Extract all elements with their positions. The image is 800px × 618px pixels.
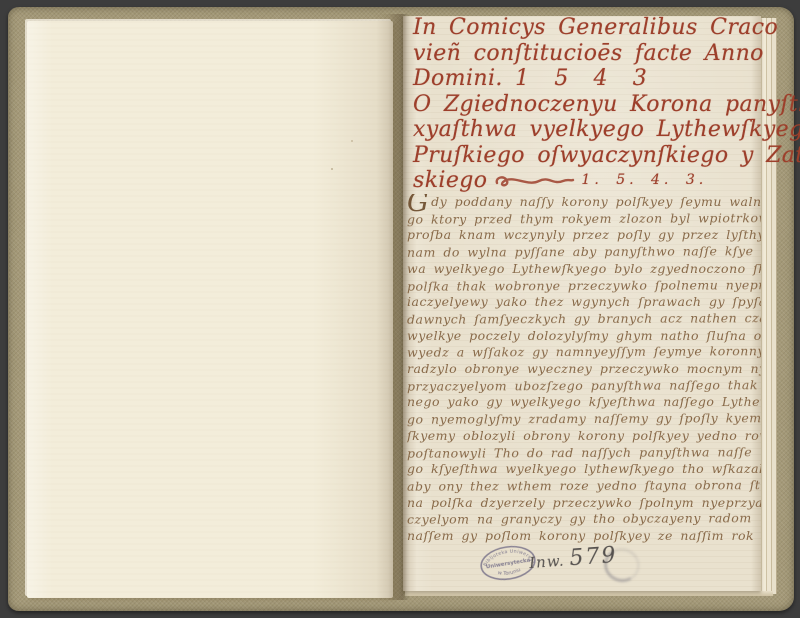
heading-last-word: skiego (413, 168, 487, 194)
body-line: przyaczyelyom ubozſzego panyſthwa naſſeg… (407, 377, 761, 395)
body-line: wa wyelkyego Lythewſkyego bylo zgyednocz… (407, 261, 761, 278)
body-line: nego yako gy wyelkyego kſyeſthwa naſſego… (407, 394, 761, 411)
heading-line: Pruſkiego oſwyaczynſkiego y Zator (413, 143, 761, 169)
body-line: radzylo obronye wyeczney przeczywko mocn… (407, 361, 761, 378)
heading-line: vieñ conſtitucioēs facte Anno (413, 41, 761, 67)
heading-line: In Comicys Generalibus Craco (413, 15, 761, 41)
body-line: iaczyelyewy yako thez wgynych ſprawach g… (407, 294, 761, 311)
body-line: go kſyeſthwa wyelkyego lythewſkyego tho … (407, 461, 761, 478)
body-line: aby ony thez wthem roze yedno ſtayna obr… (407, 477, 761, 495)
heading-line: Domini. 1 5 4 3 (413, 66, 761, 92)
body-line: czyelyom na granyczy gy tho obyczayeny r… (407, 511, 761, 529)
body-line: wyelkye poczely dolozylyſmy ghym natho ſ… (407, 328, 761, 345)
body-line: dawnych ſamſyeczkych gy branych acz nath… (407, 310, 761, 328)
heading-line: skiego 1. 5. 4. 3. (413, 168, 761, 194)
body-line: wyedz a wſſakoz gy namnyeyſſym ſeymye ko… (407, 344, 761, 362)
inventory-label: Inw. (529, 552, 566, 572)
body-line: nam do wylna pyſſane aby panyſthwo naſſe… (407, 243, 761, 261)
body-line: Gdy poddany naſſy korony polſkyey ſeymu … (407, 194, 761, 211)
left-blank-endpaper (27, 21, 393, 598)
manuscript-scan: In Comicys Generalibus Craco vieñ conſti… (0, 0, 800, 618)
paper-speck (331, 168, 333, 170)
body-line: naſſem gy poſlom korony polſkyey ze naſſ… (407, 528, 761, 545)
body-line: poſtanowyli Tho do rad naſſych panyſthwa… (407, 444, 761, 462)
heading-year: 1. 5. 4. 3. (581, 168, 707, 194)
body-line: ſkyemy oblozyli obrony korony polſkyey y… (407, 428, 761, 445)
body-line: polſka thak wobronye przeczywko ſpolnemu… (407, 277, 761, 295)
ink-flourish-icon (493, 173, 575, 189)
inventory-number: 579 (569, 543, 619, 571)
body-line-text: dy poddany naſſy korony polſkyey ſeymu w… (431, 194, 761, 209)
manuscript-body-text: Gdy poddany naſſy korony polſkyey ſeymu … (407, 194, 761, 546)
gutter-shadow (376, 14, 410, 600)
page-bottom-edge (405, 591, 773, 596)
red-rubric-heading: In Comicys Generalibus Craco vieñ conſti… (413, 15, 761, 194)
body-line: go ktory przed thym rokyem zlozon byl wp… (407, 210, 761, 228)
heading-line: O Zgiednoczenyu Korona panyſthi (413, 92, 761, 118)
body-line: go nyemoglyſmy zradamy naſſemy gy ſpoſly… (407, 410, 761, 428)
body-line: proſba knam wczynyly przez poſly gy prze… (407, 227, 761, 244)
body-line: na polſka dzyerzely przeczywko ſpolnym n… (407, 495, 761, 512)
heading-line: xyaſthwa vyelkyego Lythewſkyego (413, 117, 761, 143)
